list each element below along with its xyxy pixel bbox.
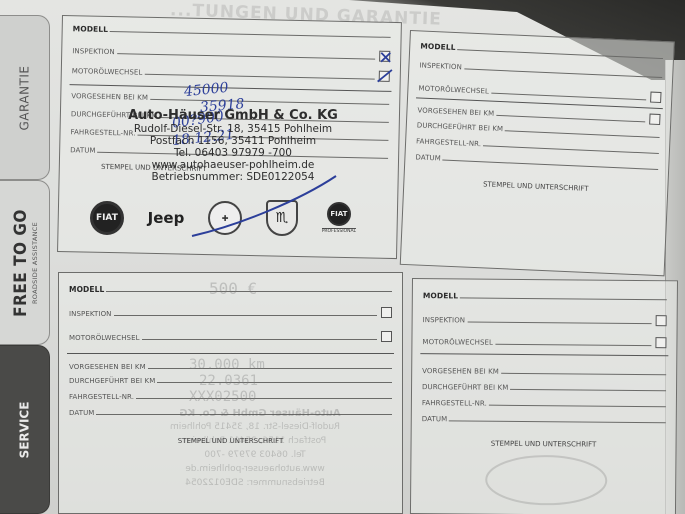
checkbox-motoroelwechsel[interactable]	[649, 114, 660, 125]
label-inspektion: INSPEKTION	[423, 316, 466, 324]
checkbox-motoroelwechsel[interactable]	[655, 337, 666, 348]
service-entry-4: MODELL INSPEKTION MOTORÖLWECHSEL VORGESE…	[410, 278, 678, 514]
bleed-through-value: 22.0361	[199, 373, 258, 389]
label-modell: MODELL	[423, 291, 458, 300]
bleed-through-value: XXX02500	[189, 389, 256, 405]
checkbox-inspektion[interactable]	[656, 315, 667, 326]
label-stempel: STEMPEL UND UNTERSCHRIFT	[404, 177, 667, 196]
label-motoroelwechsel: MOTORÖLWECHSEL	[69, 334, 140, 342]
bleed-through-stamp-company: Auto-Häuser GmbH & Co. KG	[160, 408, 360, 419]
label-fahrgestell: FAHRGESTELL-NR.	[69, 393, 134, 401]
label-datum: DATUM	[69, 409, 94, 417]
checkbox-inspektion[interactable]	[650, 92, 661, 103]
checkbox-motoroelwechsel[interactable]	[381, 331, 392, 342]
label-vorgesehen-km: VORGESEHEN BEI KM	[422, 367, 499, 376]
bleed-through-value: 500 €	[209, 279, 257, 298]
label-inspektion: INSPEKTION	[419, 61, 462, 71]
label-inspektion: INSPEKTION	[69, 310, 112, 318]
label-motoroelwechsel: MOTORÖLWECHSEL	[422, 338, 493, 347]
label-modell: MODELL	[420, 41, 456, 52]
service-entry-2: MODELL INSPEKTION MOTORÖLWECHSEL VORGESE…	[400, 30, 675, 276]
bleed-through-stamp: Rudolf-Diesel-Str. 18, 35415 Pohlheim Po…	[150, 420, 360, 490]
label-datum: DATUM	[422, 415, 448, 423]
bleed-through-value: 30.000 km	[189, 357, 265, 373]
label-stempel: STEMPEL UND UNTERSCHRIFT	[412, 439, 676, 449]
label-durchgefuehrt-km: DURCHGEFÜHRT BEI KM	[422, 383, 508, 392]
bleed-through-stamp-oval	[481, 450, 612, 511]
label-vorgesehen-km: VORGESEHEN BEI KM	[69, 363, 146, 371]
label-motoroelwechsel: MOTORÖLWECHSEL	[418, 84, 489, 95]
label-durchgefuehrt-km: DURCHGEFÜHRT BEI KM	[417, 121, 504, 133]
label-fahrgestell: FAHRGESTELL-NR.	[416, 137, 481, 148]
label-vorgesehen-km: VORGESEHEN BEI KM	[417, 106, 494, 117]
label-datum: DATUM	[415, 153, 441, 162]
label-durchgefuehrt-km: DURCHGEFÜHRT BEI KM	[69, 377, 155, 385]
checkbox-inspektion[interactable]	[381, 307, 392, 318]
label-fahrgestell: FAHRGESTELL-NR.	[422, 399, 487, 408]
label-modell: MODELL	[69, 285, 104, 294]
